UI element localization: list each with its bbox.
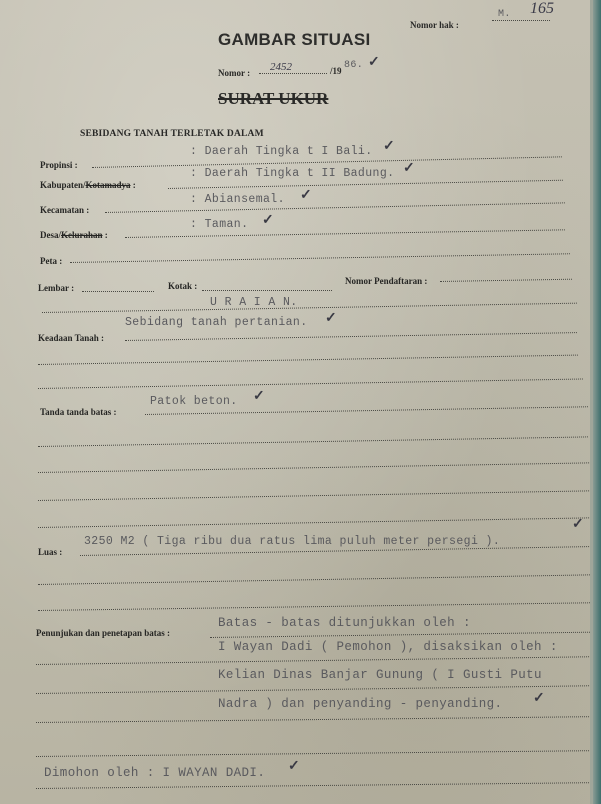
background-edge <box>593 0 601 804</box>
penunjukan-label: Penunjukan dan penetapan batas : <box>36 628 170 638</box>
check-mark-icon: ✓ <box>403 160 415 177</box>
check-mark-icon: ✓ <box>288 758 300 775</box>
nomor-hak-value: M. <box>498 9 511 20</box>
keadaan-tanah-value: Sebidang tanah pertanian. <box>125 316 308 329</box>
nomor-hak-label: Nomor hak : <box>410 20 459 30</box>
check-mark-icon: ✓ <box>383 138 395 155</box>
keadaan-tanah-line <box>125 332 577 341</box>
blank-line <box>38 462 593 473</box>
kotak-label: Kotak : <box>168 281 197 291</box>
desa-value: : Taman. <box>190 218 248 231</box>
kabupaten-line <box>168 180 563 189</box>
blank-line <box>38 517 593 528</box>
nomor-year-suffix: 86. <box>344 60 363 71</box>
nomor-pendaftaran-label: Nomor Pendaftaran : <box>345 276 427 286</box>
check-mark-icon: ✓ <box>300 187 312 204</box>
penunjukan-line <box>210 632 600 638</box>
desa-label: Desa/Kelurahan : <box>40 230 108 240</box>
tanda-batas-value: Patok beton. <box>150 395 238 408</box>
blank-line <box>36 750 601 757</box>
peta-label: Peta : <box>40 256 62 266</box>
document-page: Nomor hak : M. 165 GAMBAR SITUASI Nomor … <box>0 0 601 804</box>
nomor-hak-line <box>492 20 550 21</box>
kecamatan-value: : Abiansemal. <box>190 193 285 206</box>
check-mark-icon: ✓ <box>572 516 584 533</box>
nomor-hak-handwritten: 165 <box>530 0 554 18</box>
desa-label-suffix: : <box>103 230 108 240</box>
desa-label-plain: Desa/ <box>40 230 61 240</box>
nomor-label: Nomor : <box>218 68 250 78</box>
kecamatan-label: Kecamatan : <box>40 205 89 215</box>
blank-line <box>38 602 598 611</box>
penunjukan-line-4: Nadra ) dan penyanding - penyanding. <box>218 697 502 711</box>
kabupaten-label-suffix: : <box>131 180 136 190</box>
dimohon-value: Dimohon oleh : I WAYAN DADI. <box>44 766 265 780</box>
blank-line <box>36 716 601 723</box>
tanda-batas-label: Tanda tanda batas : <box>40 407 116 417</box>
check-mark-icon: ✓ <box>533 690 545 707</box>
blank-line <box>38 355 578 365</box>
kabupaten-value: : Daerah Tingka t II Badung. <box>190 167 394 180</box>
dimohon-line <box>36 782 601 789</box>
blank-line <box>38 574 598 585</box>
nomor-pendaftaran-line <box>440 279 572 282</box>
lembar-line <box>82 291 154 292</box>
blank-line <box>38 378 583 389</box>
blank-line <box>36 685 601 694</box>
kabupaten-label-plain: Kabupaten/ <box>40 180 86 190</box>
blank-line <box>36 656 601 665</box>
nomor-year-prefix: /19 <box>330 66 342 76</box>
check-mark-icon: ✓ <box>262 212 274 229</box>
check-mark-icon: ✓ <box>325 310 337 327</box>
kelurahan-struck: Kelurahan <box>61 230 103 240</box>
penunjukan-line-3: Kelian Dinas Banjar Gunung ( I Gusti Put… <box>218 668 542 682</box>
peta-line <box>70 253 570 263</box>
propinsi-label: Propinsi : <box>40 160 78 170</box>
struck-title: SURAT UKUR <box>218 89 328 109</box>
check-mark-icon: ✓ <box>253 388 265 405</box>
nomor-line <box>259 73 327 74</box>
nomor-value: 2452 <box>270 61 292 73</box>
location-heading: SEBIDANG TANAH TERLETAK DALAM <box>80 129 264 139</box>
uraian-line <box>42 303 577 313</box>
penunjukan-line-2: I Wayan Dadi ( Pemohon ), disaksikan ole… <box>218 640 558 654</box>
check-mark-icon: ✓ <box>368 54 380 71</box>
blank-line <box>38 436 588 447</box>
kabupaten-label: Kabupaten/Kotamadya : <box>40 180 136 190</box>
luas-label: Luas : <box>38 547 62 557</box>
kotamadya-struck: Kotamadya <box>86 180 131 190</box>
kecamatan-line <box>105 202 565 213</box>
penunjukan-line-1: Batas - batas ditunjukkan oleh : <box>218 616 471 630</box>
keadaan-tanah-label: Keadaan Tanah : <box>38 333 104 343</box>
luas-value: 3250 M2 ( Tiga ribu dua ratus lima puluh… <box>84 535 500 548</box>
propinsi-value: : Daerah Tingka t I Bali. <box>190 145 373 158</box>
page-title: GAMBAR SITUASI <box>218 30 370 50</box>
blank-line <box>38 490 593 501</box>
kotak-line <box>202 290 332 291</box>
lembar-label: Lembar : <box>38 283 74 293</box>
